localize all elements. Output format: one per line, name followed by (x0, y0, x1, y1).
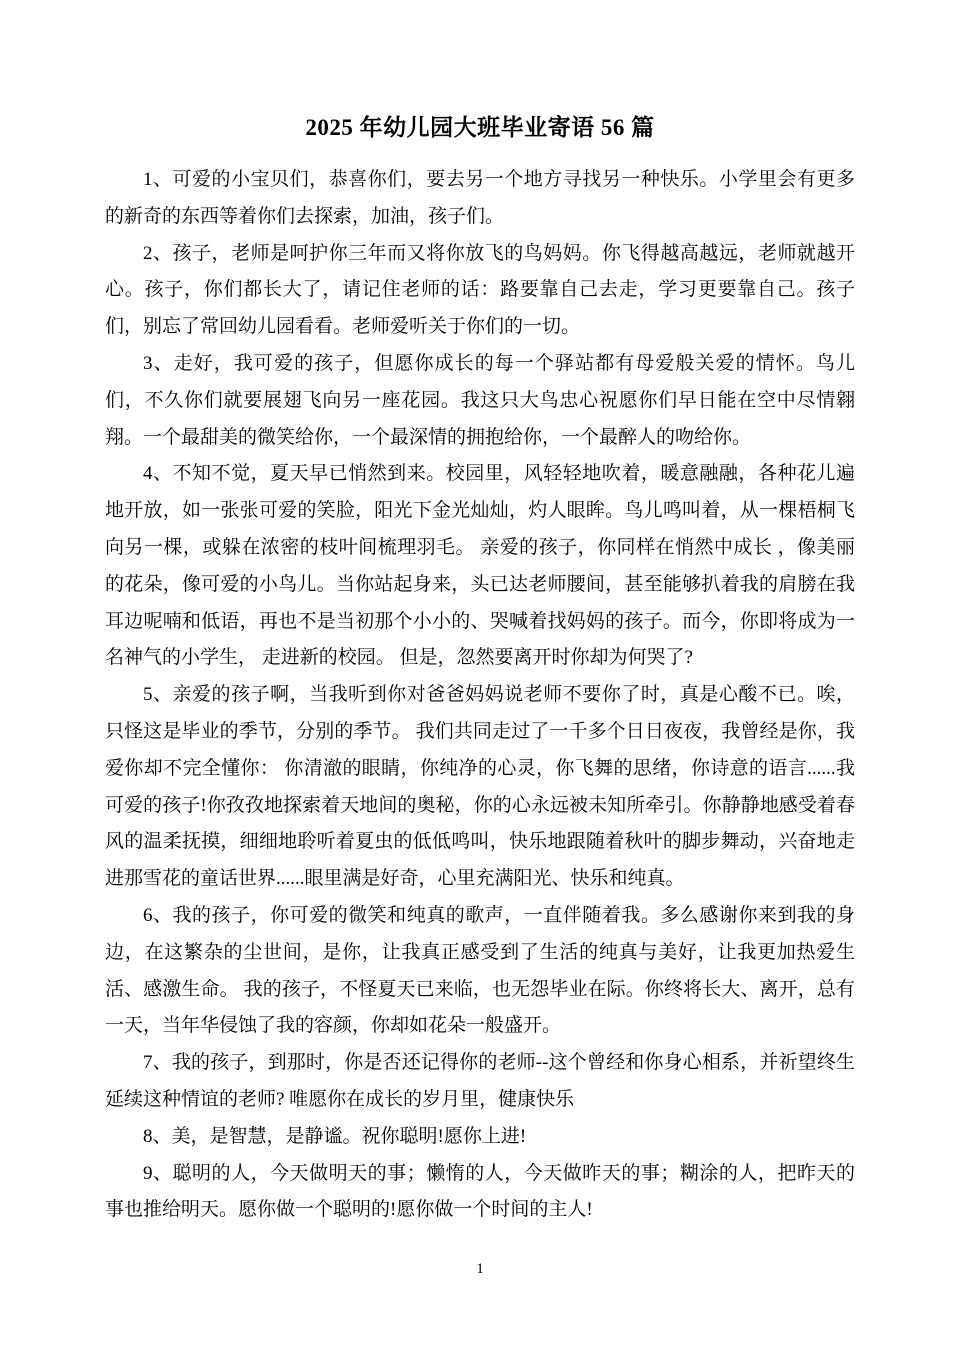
paragraph-1: 1、可爱的小宝贝们，恭喜你们，要去另一个地方寻找另一种快乐。小学里会有更多的新奇… (105, 162, 855, 236)
document-page: 2025 年幼儿园大班毕业寄语 56 篇 1、可爱的小宝贝们，恭喜你们，要去另一… (0, 0, 960, 1358)
paragraph-9: 9、聪明的人，今天做明天的事；懒惰的人，今天做昨天的事；糊涂的人，把昨天的事也推… (105, 1156, 855, 1230)
paragraph-8: 8、美，是智慧，是静谧。祝你聪明!愿你上进! (105, 1119, 855, 1156)
paragraph-6: 6、我的孩子，你可爱的微笑和纯真的歌声，一直伴随着我。多么感谢你来到我的身边，在… (105, 898, 855, 1045)
document-title: 2025 年幼儿园大班毕业寄语 56 篇 (105, 111, 855, 145)
paragraph-2: 2、孩子，老师是呵护你三年而又将你放飞的鸟妈妈。你飞得越高越远，老师就越开心。孩… (105, 236, 855, 346)
paragraph-3: 3、走好，我可爱的孩子，但愿你成长的每一个驿站都有母爱般关爱的情怀。鸟儿们，不久… (105, 346, 855, 456)
document-body: 1、可爱的小宝贝们，恭喜你们，要去另一个地方寻找另一种快乐。小学里会有更多的新奇… (105, 162, 855, 1229)
paragraph-4: 4、不知不觉，夏天早已悄然到来。校园里，风轻轻地吹着，暖意融融，各种花儿遍地开放… (105, 456, 855, 677)
page-number: 1 (476, 1261, 484, 1277)
page-footer: 1 (0, 1260, 960, 1278)
paragraph-7: 7、我的孩子，到那时，你是否还记得你的老师--这个曾经和你身心相系，并祈望终生延… (105, 1045, 855, 1119)
paragraph-5: 5、亲爱的孩子啊，当我听到你对爸爸妈妈说老师不要你了时，真是心酸不已。唉，只怪这… (105, 677, 855, 898)
